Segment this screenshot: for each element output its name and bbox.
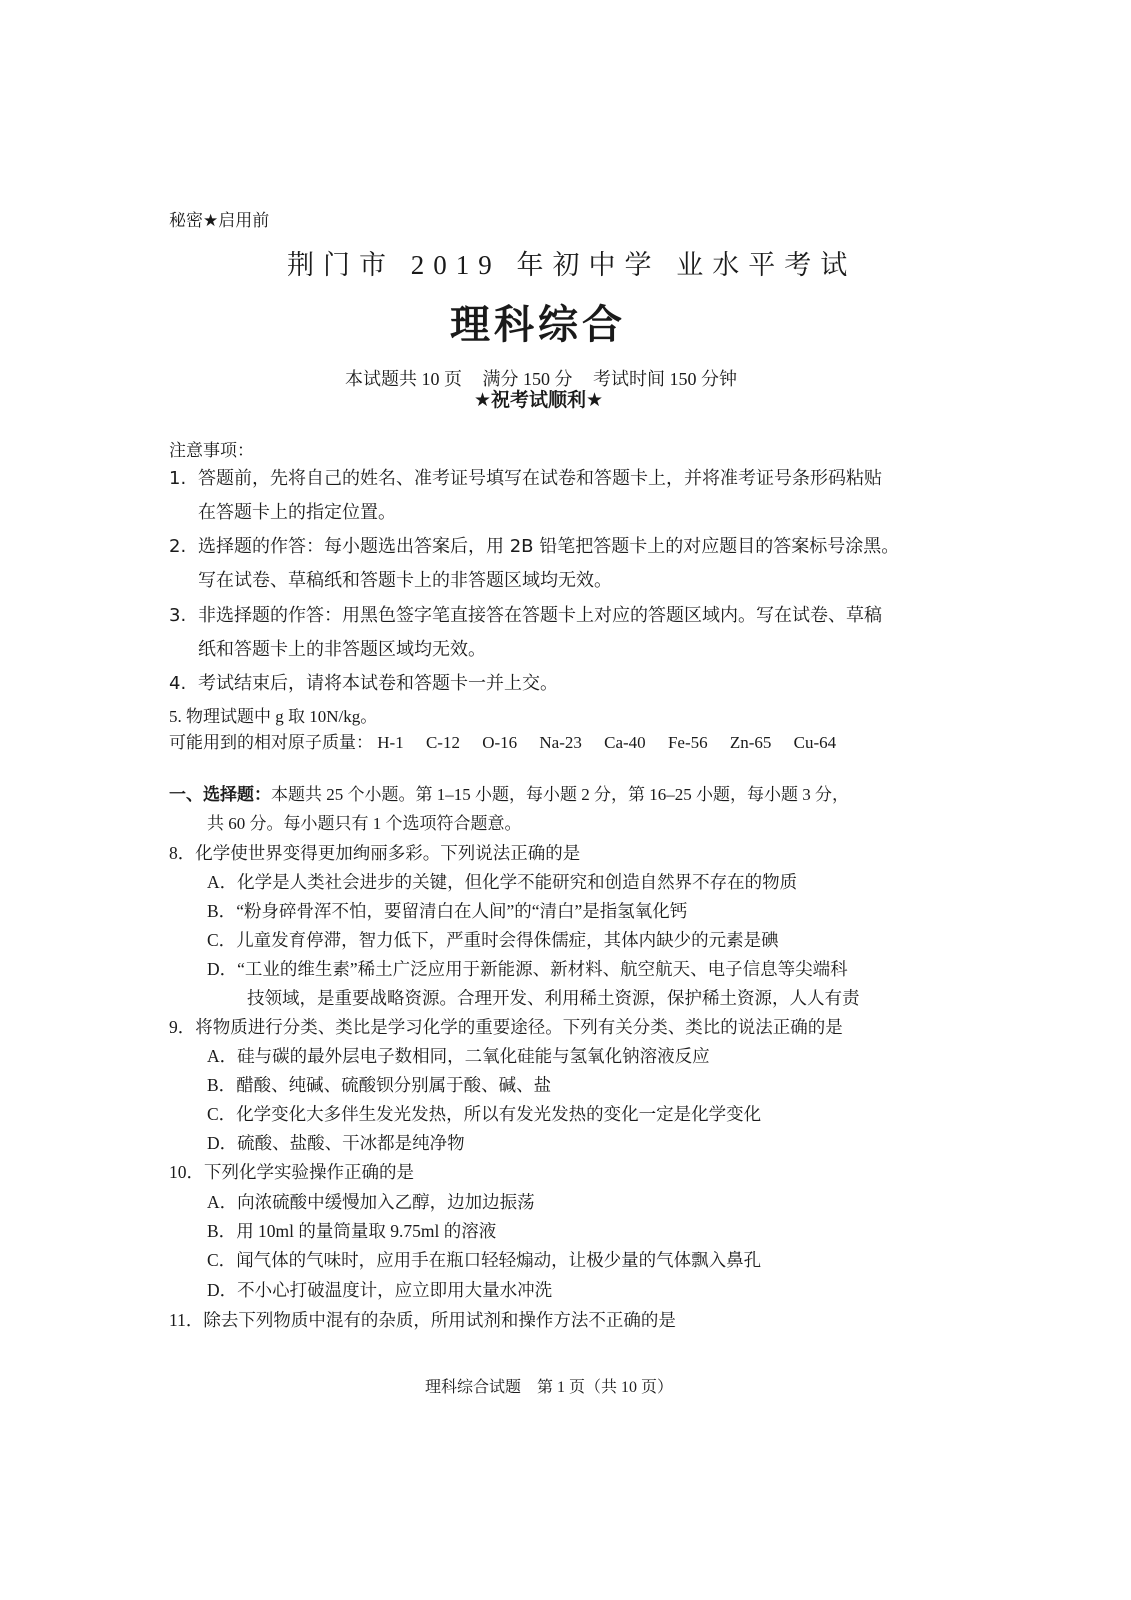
option-d-continued: 技领域，是重要战略资源。合理开发、利用稀土资源，保护稀土资源，人人有责 <box>247 985 860 1010</box>
atomic-mass: Cu-64 <box>794 733 837 752</box>
note-text: 答题前，先将自己的姓名、准考证号填写在试卷和答题卡上，并将准考证号条形码粘贴 <box>198 468 882 489</box>
section-instructions: 本题共 25 个小题。第 1–15 小题，每小题 2 分，第 16–25 小题，… <box>271 785 849 804</box>
question-stem: 除去下列物质中混有的杂质，所用试剂和操作方法不正确的是 <box>203 1310 676 1330</box>
option-text: 儿童发育停滞，智力低下，严重时会得侏儒症，其体内缺少的元素是碘 <box>236 930 779 950</box>
option-a: A．化学是人类社会进步的关键，但化学不能研究和创造自然界不存在的物质 <box>207 869 797 894</box>
option-label: A． <box>207 872 237 892</box>
option-label: C． <box>207 1250 236 1270</box>
section-title: 一、选择题： <box>169 785 271 805</box>
note-item: 1.答题前，先将自己的姓名、准考证号填写在试卷和答题卡上，并将准考证号条形码粘贴 <box>169 464 882 490</box>
section-instructions-continued: 共 60 分。每小题只有 1 个选项符合题意。 <box>207 809 522 834</box>
option-label: C． <box>207 930 236 950</box>
question-10: 10．下列化学实验操作正确的是 <box>169 1159 414 1184</box>
option-label: B． <box>207 1221 236 1241</box>
note-number: 2. <box>169 536 198 557</box>
option-a: A．硅与碳的最外层电子数相同，二氧化硅能与氢氧化钠溶液反应 <box>207 1043 710 1068</box>
note-text: 考试结束后，请将本试卷和答题卡一并上交。 <box>198 673 558 694</box>
note-number: 4. <box>169 673 198 694</box>
option-c: C．闻气体的气味时，应用手在瓶口轻轻煽动，让极少量的气体飘入鼻孔 <box>207 1247 761 1272</box>
option-text: 不小心打破温度计，应立即用大量水冲洗 <box>237 1280 552 1300</box>
question-number: 10． <box>169 1162 204 1182</box>
page-footer: 理科综合试题 第 1 页（共 10 页） <box>425 1374 673 1397</box>
note-text: 物理试题中 g 取 10N/kg。 <box>186 707 377 726</box>
option-label: B． <box>207 1075 236 1095</box>
option-text: 用 10ml 的量筒量取 9.75ml 的溶液 <box>236 1221 496 1241</box>
note-number: 1. <box>169 468 198 489</box>
atomic-mass: C-12 <box>426 733 460 752</box>
note-text: 非选择题的作答：用黑色签字笔直接答在答题卡上对应的答题区域内。写在试卷、草稿 <box>198 605 882 626</box>
question-number: 11． <box>169 1310 203 1330</box>
option-text: 醋酸、纯碱、硫酸钡分别属于酸、碱、盐 <box>236 1075 551 1095</box>
question-stem: 将物质进行分类、类比是学习化学的重要途径。下列有关分类、类比的说法正确的是 <box>195 1017 843 1037</box>
question-number: 8． <box>169 843 195 863</box>
question-9: 9．将物质进行分类、类比是学习化学的重要途径。下列有关分类、类比的说法正确的是 <box>169 1014 843 1039</box>
question-11: 11．除去下列物质中混有的杂质，所用试剂和操作方法不正确的是 <box>169 1307 676 1332</box>
note-text-continued: 在答题卡上的指定位置。 <box>198 498 396 524</box>
option-label: D． <box>207 1280 237 1300</box>
question-number: 9． <box>169 1017 195 1037</box>
atomic-mass: Fe-56 <box>668 733 708 752</box>
option-b: B．醋酸、纯碱、硫酸钡分别属于酸、碱、盐 <box>207 1072 551 1097</box>
question-8: 8．化学使世界变得更加绚丽多彩。下列说法正确的是 <box>169 840 580 865</box>
option-c: C．化学变化大多伴生发光发热，所以有发光发热的变化一定是化学变化 <box>207 1101 761 1126</box>
notes-title: 注意事项： <box>169 436 254 461</box>
page-count: 本试题共 10 页 <box>345 369 462 389</box>
atomic-mass: H-1 <box>377 733 403 752</box>
atomic-mass: O-16 <box>482 733 517 752</box>
option-d: D．“工业的维生素”稀土广泛应用于新能源、新材料、航空航天、电子信息等尖端科 <box>207 956 848 981</box>
question-stem: 下列化学实验操作正确的是 <box>204 1162 414 1182</box>
option-text: 化学是人类社会进步的关键，但化学不能研究和创造自然界不存在的物质 <box>237 872 797 892</box>
note-text: 选择题的作答：每小题选出答案后，用 2B 铅笔把答题卡上的对应题目的答案标号涂黑… <box>198 536 899 557</box>
note-text-continued: 写在试卷、草稿纸和答题卡上的非答题区域均无效。 <box>198 566 612 592</box>
option-a: A．向浓硫酸中缓慢加入乙醇，边加边振荡 <box>207 1189 535 1214</box>
note-item: 4.考试结束后，请将本试卷和答题卡一并上交。 <box>169 669 558 695</box>
option-label: A． <box>207 1192 237 1212</box>
note-number: 3. <box>169 605 198 626</box>
option-label: B． <box>207 901 236 921</box>
note-number: 5. <box>169 707 182 726</box>
option-c: C．儿童发育停滞，智力低下，严重时会得侏儒症，其体内缺少的元素是碘 <box>207 927 779 952</box>
atomic-mass-label: 可能用到的相对原子质量： <box>169 733 373 753</box>
section-header: 一、选择题：本题共 25 个小题。第 1–15 小题，每小题 2 分，第 16–… <box>169 780 849 805</box>
note-item: 5. 物理试题中 g 取 10N/kg。 <box>169 702 377 727</box>
good-luck-banner: ★祝考试顺利★ <box>474 385 603 412</box>
option-b: B．用 10ml 的量筒量取 9.75ml 的溶液 <box>207 1218 496 1243</box>
option-b: B．“粉身碎骨浑不怕，要留清白在人间”的“清白”是指氢氧化钙 <box>207 898 687 923</box>
option-text: 硅与碳的最外层电子数相同，二氧化硅能与氢氧化钠溶液反应 <box>237 1046 710 1066</box>
option-d: D．硫酸、盐酸、干冰都是纯净物 <box>207 1130 465 1155</box>
option-text: 硫酸、盐酸、干冰都是纯净物 <box>237 1133 465 1153</box>
option-label: A． <box>207 1046 237 1066</box>
secret-mark: 秘密★启用前 <box>169 206 269 231</box>
option-label: D． <box>207 1133 237 1153</box>
option-label: D． <box>207 959 237 979</box>
atomic-mass: Ca-40 <box>604 733 646 752</box>
question-stem: 化学使世界变得更加绚丽多彩。下列说法正确的是 <box>195 843 580 863</box>
subject-title: 理科综合 <box>450 293 626 350</box>
atomic-mass: Zn-65 <box>730 733 772 752</box>
note-text-continued: 纸和答题卡上的非答题区域均无效。 <box>198 635 486 661</box>
exam-time: 考试时间 150 分钟 <box>593 369 737 389</box>
note-item: 3.非选择题的作答：用黑色签字笔直接答在答题卡上对应的答题区域内。写在试卷、草稿 <box>169 601 882 627</box>
option-label: C． <box>207 1104 236 1124</box>
exam-title: 荆门市 2019 年初中学 业水平考试 <box>287 243 856 282</box>
atomic-mass: Na-23 <box>539 733 581 752</box>
option-text: “粉身碎骨浑不怕，要留清白在人间”的“清白”是指氢氧化钙 <box>236 901 687 921</box>
option-d: D．不小心打破温度计，应立即用大量水冲洗 <box>207 1277 552 1302</box>
option-text: 闻气体的气味时，应用手在瓶口轻轻煽动，让极少量的气体飘入鼻孔 <box>236 1250 761 1270</box>
option-text: “工业的维生素”稀土广泛应用于新能源、新材料、航空航天、电子信息等尖端科 <box>237 959 848 979</box>
option-text: 化学变化大多伴生发光发热，所以有发光发热的变化一定是化学变化 <box>236 1104 761 1124</box>
atomic-mass-row: 可能用到的相对原子质量： H-1 C-12 O-16 Na-23 Ca-40 F… <box>169 728 854 753</box>
note-item: 2.选择题的作答：每小题选出答案后，用 2B 铅笔把答题卡上的对应题目的答案标号… <box>169 532 899 558</box>
option-text: 向浓硫酸中缓慢加入乙醇，边加边振荡 <box>237 1192 535 1212</box>
